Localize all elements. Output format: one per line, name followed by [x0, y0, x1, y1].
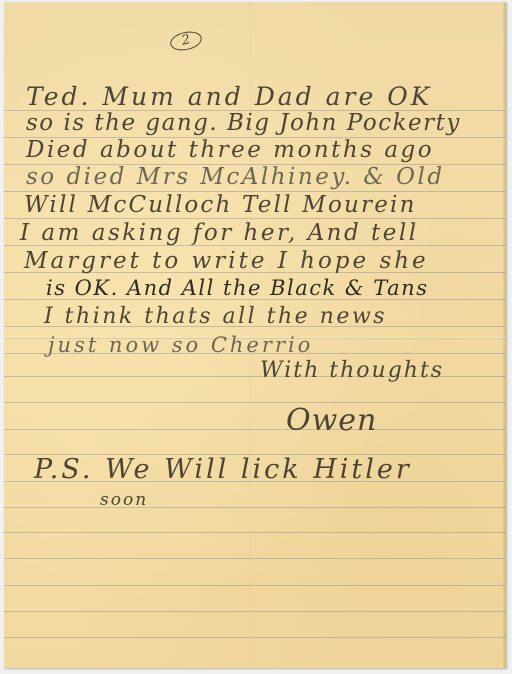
letter-closing: With thoughts	[260, 360, 444, 382]
ruled-line	[4, 611, 506, 612]
page-number: 2	[168, 29, 203, 53]
ruled-line	[4, 429, 506, 430]
postscript-line-2: soon	[100, 492, 148, 509]
letter-line-6: I am asking for her, And tell	[20, 222, 419, 245]
ruled-line	[4, 637, 506, 638]
ruled-line	[4, 532, 506, 533]
letter-line-10: just now so Cherrio	[48, 335, 313, 356]
letter-signature: Owen	[286, 406, 377, 436]
ruled-line	[4, 558, 506, 559]
letter-line-3: Died about three months ago	[26, 139, 434, 162]
postscript-line-1: P.S. We Will lick Hitler	[34, 456, 412, 483]
ruled-line	[4, 585, 506, 586]
letter-line-7: Margret to write I hope she	[24, 250, 429, 273]
ruled-line	[4, 218, 506, 219]
letter-line-1: Ted. Mum and Dad are OK	[26, 84, 432, 109]
letter-line-5: Will McCulloch Tell Mourein	[24, 194, 417, 217]
letter-line-8: is OK. And All the Black & Tans	[46, 278, 428, 299]
page-edge	[503, 2, 506, 668]
ruled-line	[4, 402, 506, 403]
ruled-line	[4, 507, 506, 508]
letter-line-4: so died Mrs McAlhiney. & Old	[26, 166, 445, 189]
letter-page: 2 Ted. Mum and Dad are OK so is the gang…	[4, 2, 506, 668]
letter-line-9: I think thats all the news	[44, 306, 387, 328]
letter-line-2: so is the gang. Big John Pockerty	[26, 112, 461, 135]
